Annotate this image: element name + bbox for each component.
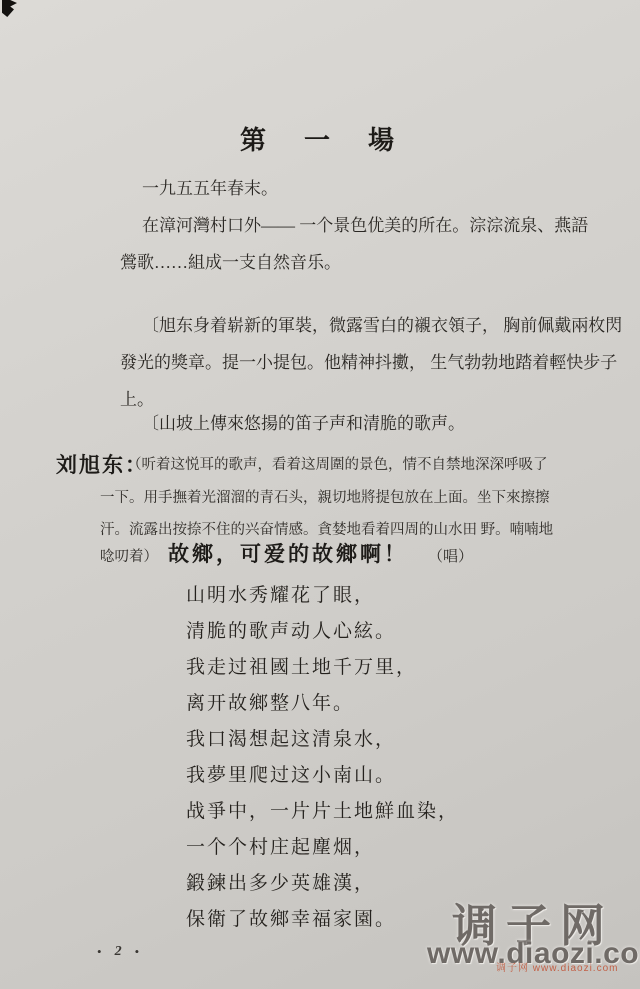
- dialogue-direction-tail: 唸叨着）: [100, 545, 158, 566]
- lyric-line: 保衛了故鄉幸福家園。: [186, 902, 459, 938]
- stage-direction-line: 上。: [120, 385, 154, 410]
- lyric-line: 鍛鍊出多少英雄漢，: [186, 866, 459, 902]
- lyric-line: 战爭中，一片片土地鮮血染，: [186, 794, 459, 830]
- torn-corner-ink-mark: [2, 0, 17, 17]
- scene-description-line: 鶯歌……組成一支自然音乐。: [120, 248, 341, 273]
- song-lyrics: 山明水秀耀花了眼， 清脆的歌声动人心絃。 我走过祖國土地千万里， 离开故鄉整八年…: [186, 578, 459, 938]
- lyric-line: 我夢里爬过这小南山。: [186, 758, 459, 794]
- lyric-line: 离开故鄉整八年。: [186, 686, 459, 722]
- dialogue-spoken-line: 故鄉，可爱的故鄉啊！: [168, 538, 408, 568]
- page-number-footer: • 2 •: [84, 944, 152, 960]
- lyric-line: 清脆的歌声动人心絃。: [186, 614, 459, 650]
- lyric-line: 一个个村庄起塵烟，: [186, 830, 459, 866]
- scene-description-line: 一九五五年春末。: [142, 174, 278, 199]
- stage-direction-line: 發光的獎章。提一小提包。他精神抖擻， 生气勃勃地踏着輕快步子: [120, 348, 617, 373]
- stage-direction-line: 〔旭东身着崭新的軍裝，微露雪白的襯衣領子， 胸前佩戴兩枚閃: [142, 311, 622, 336]
- scene-title: 第 一 場: [0, 120, 640, 157]
- lyric-line: 我口渴想起这清泉水，: [186, 722, 459, 758]
- page-number: 2: [115, 944, 122, 960]
- stage-direction-line: 〔山坡上傳來悠揚的笛子声和清脆的歌声。: [142, 409, 465, 434]
- scanned-script-page: 第 一 場 一九五五年春末。 在漳河灣村口外—— 一个景色优美的所在。淙淙流泉、…: [0, 0, 640, 989]
- dialogue-direction-line: （听着这悦耳的歌声，看着这周圍的景色，情不自禁地深深呼吸了: [127, 453, 548, 474]
- dialogue-direction-line: 一下。用手撫着光溜溜的青石头，親切地將提包放在上面。坐下來擦擦: [100, 486, 550, 507]
- scene-description-line: 在漳河灣村口外—— 一个景色优美的所在。淙淙流泉、燕語: [142, 211, 588, 236]
- dialogue-direction-line: 汗。流露出按捺不住的兴奋情感。貪婪地看着四周的山水田 野。喃喃地: [100, 518, 553, 539]
- footer-left-dot: •: [97, 944, 102, 960]
- dialogue-spoken-row: 唸叨着） 故鄉，可爱的故鄉啊！ （唱）: [100, 538, 473, 568]
- footer-right-dot: •: [135, 944, 140, 960]
- lyric-line: 山明水秀耀花了眼，: [186, 578, 459, 614]
- sing-cue: （唱）: [428, 545, 473, 566]
- watermark-small-overlay: 调子网 www.diaozi.com: [496, 959, 618, 974]
- lyric-line: 我走过祖國土地千万里，: [186, 650, 459, 686]
